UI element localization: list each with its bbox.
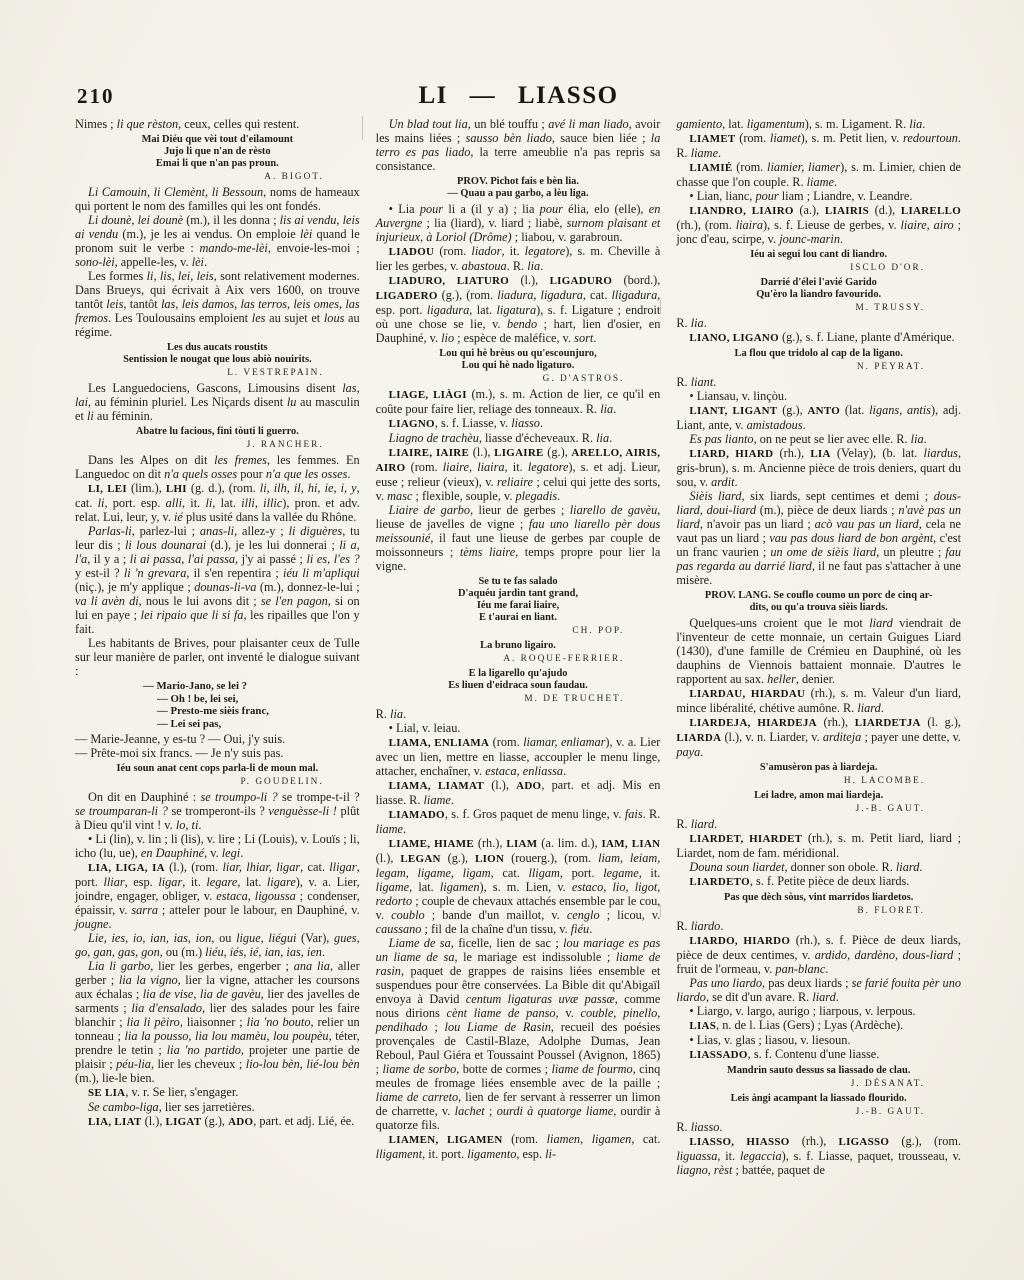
verse-line: — Quau a pau garbo, a lèu liga. xyxy=(376,188,661,200)
paragraph: R. lia. xyxy=(376,707,661,721)
paragraph: R. liasso. xyxy=(676,1120,961,1134)
paragraph: R. lia. xyxy=(676,316,961,330)
paragraph: Li Camouin, li Clemènt, li Bessoun, noms… xyxy=(75,185,360,213)
verse-line: Es liuen d'eidraca soun faudau. xyxy=(376,680,661,692)
entry-paragraph: SE LIA, v. r. Se lier, s'engager. xyxy=(75,1085,360,1100)
entry-paragraph: LIASSADO, s. f. Contenu d'une liasse. xyxy=(676,1047,961,1062)
paragraph: gamiento, lat. ligamentum), s. m. Ligame… xyxy=(676,117,961,131)
author-signature: H. LACOMBE. xyxy=(676,775,961,787)
verse-line: — Presto-me sièis franc, xyxy=(157,705,360,718)
verse-line: E la ligarello qu'ajudo xyxy=(376,668,661,680)
verse-line: Jujo li que n'an de rèsto xyxy=(75,146,360,158)
author-signature: M. TRUSSY. xyxy=(676,302,961,314)
entry-paragraph: LIAS, n. de l. Lias (Gers) ; Lyas (Ardèc… xyxy=(676,1018,961,1033)
scan-artifact xyxy=(660,300,661,314)
verse-line: Abatre lu facious, fini tòuti li guerro. xyxy=(75,426,360,438)
entry-paragraph: LIAGE, LIÀGI (m.), s. m. Action de lier,… xyxy=(376,387,661,416)
verse-line: — Mario-Jano, se lei ? xyxy=(143,680,360,693)
paragraph: • Lias, v. glas ; liasou, v. liesoun. xyxy=(676,1033,961,1047)
column-1: Nimes ; li que rèston, ceux, celles qui … xyxy=(75,117,360,1177)
paragraph: R. liant. xyxy=(676,375,961,389)
entry-paragraph: LIAMET (rom. liamet), s. m. Petit lien, … xyxy=(676,131,961,160)
paragraph: Les formes li, lis, lei, leis, sont rela… xyxy=(75,269,360,339)
verse-quote: PROV. LANG. Se couflo coumo un porc de c… xyxy=(676,590,961,614)
verse-line: Pas que dèch sòus, vint marridos liardet… xyxy=(676,892,961,904)
paragraph: Sièis liard, six liards, sept centimes e… xyxy=(676,489,961,587)
verse-line: Se tu te fas salado xyxy=(376,576,661,588)
entry-paragraph: LIAME, HIAME (rh.), LIAM (a. lim. d.), I… xyxy=(376,836,661,936)
verse-quote: E la ligarello qu'ajudoEs liuen d'eidrac… xyxy=(376,668,661,705)
verse-line: Lou qui hè brèus ou qu'escounjuro, xyxy=(376,348,661,360)
author-signature: J. DÉSANAT. xyxy=(676,1078,961,1090)
author-signature: N. PEYRAT. xyxy=(676,361,961,373)
verse-line: Iéu ai segui lou cant di liandro. xyxy=(676,249,961,261)
entry-paragraph: LIA, LIGA, IA (l.), (rom. liar, lhiar, l… xyxy=(75,860,360,931)
paragraph: Dans les Alpes on dit les fremes, les fe… xyxy=(75,453,360,481)
author-signature: M. DE TRUCHET. xyxy=(376,693,661,705)
author-signature: J.-B. GAUT. xyxy=(676,1106,961,1118)
verse-quote: S'amusèron pas à liardeja.H. LACOMBE. xyxy=(676,762,961,787)
paragraph: Liame de sa, ficelle, lien de sac ; lou … xyxy=(376,936,661,1132)
verse-line: Iéu me farai liaire, xyxy=(376,600,661,612)
entry-paragraph: LIARDO, HIARDO (rh.), s. f. Pièce de deu… xyxy=(676,933,961,976)
entry-paragraph: LI, LEI (lim.), LHI (g. d.), (rom. li, i… xyxy=(75,481,360,524)
verse-quote: La flou que tridolo al cap de la ligano.… xyxy=(676,348,961,373)
verse-line: Leis àngi acampant la liassado flourido. xyxy=(676,1093,961,1105)
verse-line: D'aquéu jardin tant grand, xyxy=(376,588,661,600)
entry-paragraph: LIAMA, ENLIAMA (rom. liamar, enliamar), … xyxy=(376,735,661,778)
paragraph: • Liargo, v. largo, aurigo ; liarpous, v… xyxy=(676,1004,961,1018)
paragraph: • Lia pour li a (il y a) ; lia pour élia… xyxy=(376,202,661,244)
entry-paragraph: LIARDET, HIARDET (rh.), s. m. Petit liar… xyxy=(676,831,961,860)
scan-artifact xyxy=(362,116,363,140)
entry-paragraph: LIAMA, LIAMAT (l.), ADO, part. et adj. M… xyxy=(376,778,661,807)
paragraph: Se cambo-liga, lier ses jarretières. xyxy=(75,1100,360,1114)
author-signature: CH. POP. xyxy=(376,625,661,637)
verse-quote: Darrié d'élei l'avié GaridoQu'èro la lia… xyxy=(676,277,961,314)
verse-line: E t'aurai en liant. xyxy=(376,612,661,624)
entry-paragraph: LIAGNO, s. f. Liasse, v. liasso. xyxy=(376,416,661,431)
entry-paragraph: LIADOU (rom. liador, it. legatore), s. m… xyxy=(376,244,661,273)
verse-line: Les dus aucats roustits xyxy=(75,342,360,354)
entry-paragraph: LIAMADO, s. f. Gros paquet de menu linge… xyxy=(376,807,661,836)
paragraph: Es pas lianto, on ne peut se lier avec e… xyxy=(676,432,961,446)
entry-paragraph: LIANO, LIGANO (g.), s. f. Liane, plante … xyxy=(676,330,961,345)
paragraph: • Lian, lianc, pour liam ; Liandre, v. L… xyxy=(676,189,961,203)
verse-quote: La bruno ligairo.A. ROQUE-FERRIER. xyxy=(376,640,661,665)
entry-paragraph: LIARDETO, s. f. Petite pièce de deux lia… xyxy=(676,874,961,889)
entry-paragraph: LIANDRO, LIAIRO (a.), LIAIRIS (d.), LIAR… xyxy=(676,203,961,246)
paragraph: Pas uno liardo, pas deux liards ; se far… xyxy=(676,976,961,1004)
paragraph: Un blad tout lia, un blé touffu ; avé li… xyxy=(376,117,661,173)
page-header: LI — LIASSO xyxy=(75,82,962,110)
paragraph: Liaire de garbo, lieur de gerbes ; liare… xyxy=(376,503,661,573)
entry-paragraph: LIAMIÉ (rom. liamier, liamer), s. m. Lim… xyxy=(676,160,961,189)
entry-paragraph: LIARDAU, HIARDAU (rh.), s. m. Valeur d'u… xyxy=(676,686,961,715)
paragraph: Liagno de trachèu, liasse d'écheveaux. R… xyxy=(376,431,661,445)
verse-line: Darrié d'élei l'avié Garido xyxy=(676,277,961,289)
verse-line: Lou qui hè nado ligaturo. xyxy=(376,360,661,372)
verse-quote: Se tu te fas saladoD'aquéu jardin tant g… xyxy=(376,576,661,637)
verse-line: S'amusèron pas à liardeja. xyxy=(676,762,961,774)
verse-quote: Abatre lu facious, fini tòuti li guerro.… xyxy=(75,426,360,451)
paragraph: Parlas-li, parlez-lui ; anas-li, allez-y… xyxy=(75,524,360,636)
entry-paragraph: LIAMEN, LIGAMEN (rom. liamen, ligamen, c… xyxy=(376,1132,661,1161)
paragraph: R. liardo. xyxy=(676,919,961,933)
author-signature: ISCLO D'OR. xyxy=(676,262,961,274)
paragraph: Lie, ies, io, ian, ias, ion, ou ligue, l… xyxy=(75,931,360,959)
paragraph: Nimes ; li que rèston, ceux, celles qui … xyxy=(75,117,360,131)
paragraph: — Prête-moi six francs. — Je n'y suis pa… xyxy=(75,746,360,760)
verse-quote: Mai Diéu que vèi tout d'eilamountJujo li… xyxy=(75,134,360,183)
column-3: gamiento, lat. ligamentum), s. m. Ligame… xyxy=(676,117,961,1177)
entry-paragraph: LIASSO, HIASSO (rh.), LIGASSO (g.), (rom… xyxy=(676,1134,961,1177)
paragraph: Les Languedociens, Gascons, Limousins di… xyxy=(75,381,360,423)
verse-line: — Oh ! be, lei sei, xyxy=(157,693,360,706)
paragraph: Les habitants de Brives, pour plaisanter… xyxy=(75,636,360,678)
entry-paragraph: LIAIRE, IAIRE (l.), LIGAIRE (g.), ARELLO… xyxy=(376,445,661,503)
paragraph: Li dounè, lei dounè (m.), il les donna ;… xyxy=(75,213,360,269)
entry-paragraph: LIADURO, LIATURO (l.), LIGADURO (bord.),… xyxy=(376,273,661,345)
paragraph: Douna soun liardet, donner son obole. R.… xyxy=(676,860,961,874)
paragraph: • Liansau, v. linçòu. xyxy=(676,389,961,403)
verse-quote: PROV. Pichot fais e bèn lia.— Quau a pau… xyxy=(376,176,661,200)
paragraph: • Li (lin), v. lin ; li (lis), v. lire ;… xyxy=(75,832,360,860)
paragraph: R. liard. xyxy=(676,817,961,831)
scan-artifact xyxy=(660,905,661,917)
entry-paragraph: LIANT, LIGANT (g.), ANTO (lat. ligans, a… xyxy=(676,403,961,432)
author-signature: J.-B. GAUT. xyxy=(676,803,961,815)
paragraph: On dit en Dauphiné : se troumpo-li ? se … xyxy=(75,790,360,832)
author-signature: A. BIGOT. xyxy=(75,171,360,183)
verse-line: PROV. Pichot fais e bèn lia. xyxy=(376,176,661,188)
column-2: Un blad tout lia, un blé touffu ; avé li… xyxy=(376,117,661,1177)
author-signature: L. VESTREPAIN. xyxy=(75,367,360,379)
verse-quote: Leis àngi acampant la liassado flourido.… xyxy=(676,1093,961,1118)
verse-line: Emai li que n'an pas proun. xyxy=(75,158,360,170)
verse-line: Sentission le nougat que lous abiò nouir… xyxy=(75,354,360,366)
verse-line: Mandrin sauto dessus sa liassado de clau… xyxy=(676,1065,961,1077)
verse-quote: Mandrin sauto dessus sa liassado de clau… xyxy=(676,1065,961,1090)
paragraph: Quelques-uns croient que le mot liard vi… xyxy=(676,616,961,686)
page-head: 210 LI — LIASSO xyxy=(75,82,962,118)
verse-line: — Lei sei pas, xyxy=(157,718,360,731)
paragraph: • Lial, v. leiau. xyxy=(376,721,661,735)
paragraph: — Marie-Jeanne, y es-tu ? — Oui, j'y sui… xyxy=(75,732,360,746)
verse-line: Lei ladre, amon mai liardeja. xyxy=(676,790,961,802)
verse-quote: Lou qui hè brèus ou qu'escounjuro,Lou qu… xyxy=(376,348,661,385)
entry-paragraph: LIARD, HIARD (rh.), LIA (Velay), (b. lat… xyxy=(676,446,961,489)
dictionary-page: 210 LI — LIASSO Nimes ; li que rèston, c… xyxy=(0,0,1024,1280)
author-signature: A. ROQUE-FERRIER. xyxy=(376,653,661,665)
author-signature: J. RANCHER. xyxy=(75,439,360,451)
verse-line: dits, ou qu'a trouva sièis liards. xyxy=(676,602,961,614)
entry-paragraph: LIARDEJA, HIARDEJA (rh.), LIARDETJA (l. … xyxy=(676,715,961,759)
entry-paragraph: LIA, LIAT (l.), LIGAT (g.), ADO, part. e… xyxy=(75,1114,360,1129)
verse-line: Mai Diéu que vèi tout d'eilamount xyxy=(75,134,360,146)
dialogue-quote: — Mario-Jano, se lei ?— Oh ! be, lei sei… xyxy=(143,680,360,730)
author-signature: P. GOUDELIN. xyxy=(75,776,360,788)
verse-quote: Lei ladre, amon mai liardeja.J.-B. GAUT. xyxy=(676,790,961,815)
verse-line: Iéu soun anat cent cops parla-li de moun… xyxy=(75,763,360,775)
verse-quote: Iéu soun anat cent cops parla-li de moun… xyxy=(75,763,360,788)
verse-line: La flou que tridolo al cap de la ligano. xyxy=(676,348,961,360)
verse-quote: Les dus aucats roustitsSentission le nou… xyxy=(75,342,360,379)
verse-line: Qu'èro la liandro favourido. xyxy=(676,289,961,301)
paragraph: Lia li garbo, lier les gerbes, engerber … xyxy=(75,959,360,1085)
text-columns: Nimes ; li que rèston, ceux, celles qui … xyxy=(75,117,961,1177)
verse-quote: Iéu ai segui lou cant di liandro.ISCLO D… xyxy=(676,249,961,274)
author-signature: B. FLORET. xyxy=(676,905,961,917)
verse-quote: Pas que dèch sòus, vint marridos liardet… xyxy=(676,892,961,917)
verse-line: La bruno ligairo. xyxy=(376,640,661,652)
verse-line: PROV. LANG. Se couflo coumo un porc de c… xyxy=(676,590,961,602)
author-signature: G. D'ASTROS. xyxy=(376,373,661,385)
